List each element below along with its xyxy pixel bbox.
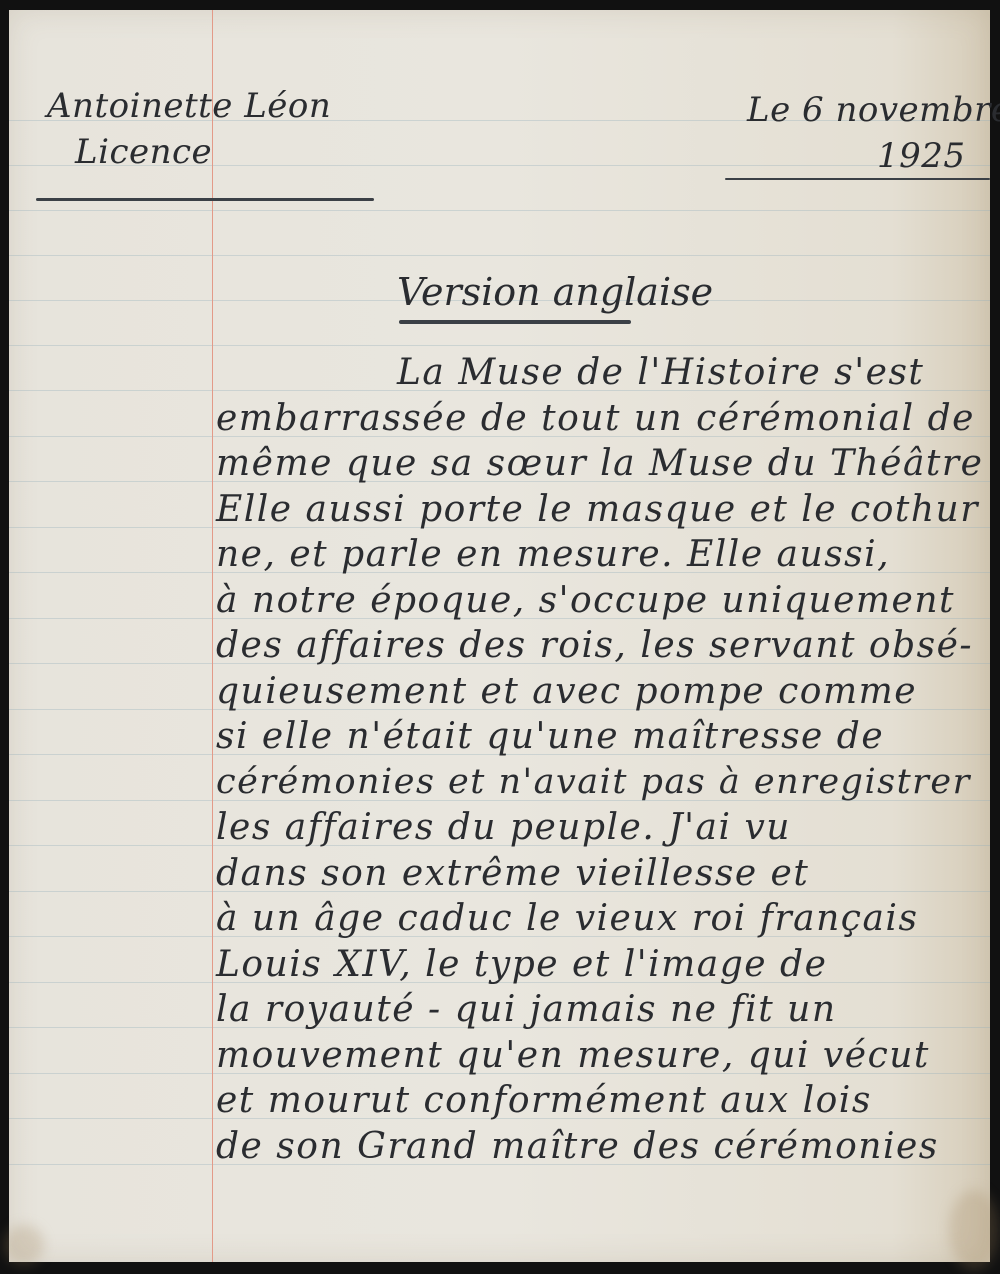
body-line: La Muse de l'Histoire s'est xyxy=(397,352,924,393)
body-line: Louis XIV, le type et l'image de xyxy=(216,944,827,985)
header-right-underline xyxy=(725,178,990,180)
body-line: à notre époque, s'occupe uniquement xyxy=(216,580,955,621)
body-line: ne, et parle en mesure. Elle aussi, xyxy=(216,534,890,575)
body-line: à un âge caduc le vieux roi français xyxy=(216,898,918,939)
date-line: Le 6 novembre xyxy=(747,90,1000,130)
ruled-line xyxy=(9,210,990,211)
body-line: cérémonies et n'avait pas à enregistrer xyxy=(216,762,971,802)
paper-stain xyxy=(4,1225,44,1265)
body-line: les affaires du peuple. J'ai vu xyxy=(216,807,791,848)
body-line: de son Grand maître des cérémonies xyxy=(216,1126,939,1167)
page-title: Version anglaise xyxy=(397,270,713,314)
body-line: embarrassée de tout un cérémonial de xyxy=(216,398,975,439)
ruled-line xyxy=(9,345,990,346)
body-line: si elle n'était qu'une maîtresse de xyxy=(216,716,884,757)
paper-stain xyxy=(949,1190,999,1270)
author-name: Antoinette Léon xyxy=(47,86,331,126)
course-name: Licence xyxy=(75,132,212,172)
manuscript-page: Antoinette Léon Licence Le 6 novembre 19… xyxy=(9,10,990,1262)
ruled-line xyxy=(9,255,990,256)
date-year: 1925 xyxy=(877,136,966,176)
header-left-underline xyxy=(36,198,374,201)
body-line: la royauté - qui jamais ne fit un xyxy=(216,989,837,1030)
body-line: quieusement et avec pompe comme xyxy=(216,671,917,712)
body-line: et mourut conformément aux lois xyxy=(216,1080,872,1121)
body-line: mouvement qu'en mesure, qui vécut xyxy=(216,1035,930,1076)
body-line: dans son extrême vieillesse et xyxy=(216,853,809,894)
body-line: même que sa sœur la Muse du Théâtre xyxy=(216,443,983,484)
body-line: des affaires des rois, les servant obsé- xyxy=(216,625,973,666)
title-underline xyxy=(399,320,631,324)
body-line: Elle aussi porte le masque et le cothur xyxy=(216,489,979,530)
